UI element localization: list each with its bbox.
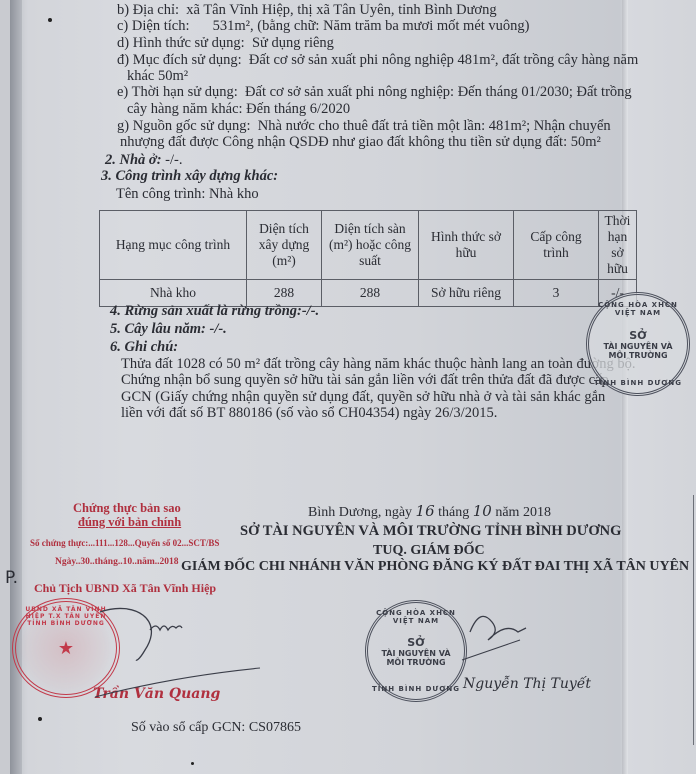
note-line-1: Thửa đất 1028 có 50 m² đất trồng cây hàn… bbox=[121, 356, 636, 373]
speck bbox=[38, 717, 42, 721]
work-name-row: Tên công trình: Nhà kho bbox=[116, 186, 259, 203]
term-value-cont: cây hàng năm khác: Đến tháng 6/2020 bbox=[127, 101, 350, 118]
cell-ownership-form: Sở hữu riêng bbox=[419, 280, 514, 307]
col-header-floor-area: Diện tích sàn (m²) hoặc công suất bbox=[322, 211, 419, 280]
signer-name: Nguyễn Thị Tuyết bbox=[463, 676, 591, 692]
usage-form-row: d) Hình thức sử dụng: Sử dụng riêng bbox=[117, 35, 334, 52]
tuq-title: TUQ. GIÁM ĐỐC bbox=[373, 542, 485, 559]
stamp-bottom-text: TỈNH BÌNH DƯƠNG bbox=[372, 685, 460, 693]
stamp-center-line-2: TÀI NGUYÊN VÀ bbox=[381, 649, 450, 658]
section-3-title: 3. Công trình xây dựng khác: bbox=[101, 168, 278, 185]
col-header-built-area: Diện tích xây dựng (m²) bbox=[247, 211, 322, 280]
date-day: 16 bbox=[416, 502, 435, 520]
note-line-3: GCN (Giấy chứng nhận quyền sử dụng đất, … bbox=[121, 389, 605, 406]
cell-grade: 3 bbox=[514, 280, 599, 307]
purpose-value-cont: khác 50m² bbox=[127, 68, 188, 85]
certification-number: Số chứng thực:...111...128...Quyển số 02… bbox=[30, 535, 219, 552]
month-label: tháng bbox=[438, 505, 469, 520]
origin-row: g) Nguồn gốc sử dụng: Nhà nước cho thuê … bbox=[117, 118, 611, 135]
col-header-category: Hạng mục công trình bbox=[100, 211, 247, 280]
registry-label: Số vào sổ cấp GCN: bbox=[131, 720, 245, 735]
registry-row: Số vào sổ cấp GCN: CS07865 bbox=[131, 719, 301, 736]
cell-floor-area: 288 bbox=[322, 280, 419, 307]
commune-stamp: UBND XÃ TÂN VĨNH HIỆP T.X TÂN UYÊN TỈNH … bbox=[12, 598, 120, 698]
col-header-ownership-form: Hình thức sở hữu bbox=[419, 211, 514, 280]
department-stamp-right: CỘNG HÒA XHCN VIỆT NAM SỞ TÀI NGUYÊN VÀ … bbox=[586, 292, 690, 396]
department-stamp-bottom: CỘNG HÒA XHCN VIỆT NAM SỞ TÀI NGUYÊN VÀ … bbox=[365, 600, 467, 702]
area-value: 531m², (bằng chữ: Năm trăm ba mươi mốt m… bbox=[213, 18, 530, 34]
commune-stamp-ring: UBND XÃ TÂN VĨNH HIỆP T.X TÂN UYÊN TỈNH … bbox=[21, 606, 111, 627]
term-label: e) Thời hạn sử dụng: bbox=[117, 84, 238, 100]
address-row: b) Địa chỉ: xã Tân Vĩnh Hiệp, thị xã Tân… bbox=[117, 2, 497, 19]
address-value: xã Tân Vĩnh Hiệp, thị xã Tân Uyên, tỉnh … bbox=[186, 2, 496, 18]
term-value: Đất cơ sở sản xuất phi nông nghiệp: Đến … bbox=[245, 84, 632, 100]
certification-signer-name: Trần Văn Quang bbox=[93, 686, 220, 702]
section-5-title: 5. Cây lâu năm: bbox=[110, 321, 206, 337]
work-name-label: Tên công trình: bbox=[116, 186, 205, 202]
stamp-center-line-3: MÔI TRƯỜNG bbox=[608, 351, 667, 360]
area-label: c) Diện tích: bbox=[117, 18, 209, 35]
term-row: e) Thời hạn sử dụng: Đất cơ sở sản xuất … bbox=[117, 84, 632, 101]
section-2-value: -/-. bbox=[165, 152, 182, 168]
place-date: Bình Dương, ngày 16 tháng 10 năm 2018 bbox=[308, 503, 551, 521]
origin-value: Nhà nước cho thuê đất trả tiền một lần: … bbox=[258, 118, 611, 134]
section-2-row: 2. Nhà ở: -/-. bbox=[105, 152, 182, 169]
speck bbox=[48, 18, 52, 22]
usage-form-value: Sử dụng riêng bbox=[252, 35, 334, 51]
certification-date: Ngày..30..tháng..10..năm..2018 bbox=[55, 554, 179, 571]
work-name-value: Nhà kho bbox=[209, 186, 259, 202]
section-6-title: 6. Ghi chú: bbox=[110, 339, 178, 356]
handwritten-p: P. bbox=[5, 570, 18, 587]
certification-signer-title: Chủ Tịch UBND Xã Tân Vĩnh Hiệp bbox=[34, 580, 216, 597]
purpose-row: đ) Mục đích sử dụng: Đất cơ sở sản xuất … bbox=[117, 52, 638, 69]
table-header-row: Hạng mục công trình Diện tích xây dựng (… bbox=[100, 211, 637, 280]
speck bbox=[191, 762, 194, 765]
section-4-title: 4. Rừng sản xuất là rừng trồng: bbox=[110, 303, 302, 319]
origin-label: g) Nguồn gốc sử dụng: bbox=[117, 118, 251, 134]
origin-value-cont: nhượng đất được Công nhận QSDĐ như giao … bbox=[120, 134, 601, 151]
usage-form-label: d) Hình thức sử dụng: bbox=[117, 35, 245, 51]
stamp-center-line-1: SỞ bbox=[407, 636, 425, 649]
area-row: c) Diện tích: 531m², (bằng chữ: Năm trăm… bbox=[117, 18, 530, 35]
star-icon: ★ bbox=[58, 638, 74, 659]
date-month: 10 bbox=[473, 502, 492, 520]
signer-position: GIÁM ĐỐC CHI NHÁNH VĂN PHÒNG ĐĂNG KÝ ĐẤT… bbox=[181, 558, 689, 575]
stamp-bottom-text: TỈNH BÌNH DƯƠNG bbox=[594, 379, 682, 387]
adjacent-page-border bbox=[693, 495, 694, 745]
section-5-value: -/-. bbox=[210, 321, 227, 337]
purpose-label: đ) Mục đích sử dụng: bbox=[117, 52, 242, 68]
registry-value: CS07865 bbox=[249, 720, 301, 735]
stamp-center-line-3: MÔI TRƯỜNG bbox=[386, 658, 445, 667]
certification-title-2: đúng với bản chính bbox=[78, 514, 181, 531]
section-4-value: -/-. bbox=[302, 303, 319, 319]
stamp-ring-text: CỘNG HÒA XHCN VIỆT NAM bbox=[368, 609, 464, 625]
note-line-2: Chứng nhận bổ sung quyền sở hữu tài sản … bbox=[121, 372, 609, 389]
address-label: b) Địa chỉ: bbox=[117, 2, 179, 18]
place-date-prefix: Bình Dương, ngày bbox=[308, 505, 412, 520]
stamp-center-line-2: TÀI NGUYÊN VÀ bbox=[603, 342, 672, 351]
department-name: SỞ TÀI NGUYÊN VÀ MÔI TRƯỜNG TỈNH BÌNH DƯ… bbox=[240, 523, 621, 540]
section-4-row: 4. Rừng sản xuất là rừng trồng:-/-. bbox=[110, 303, 319, 320]
section-5-row: 5. Cây lâu năm: -/-. bbox=[110, 321, 227, 338]
note-line-4: liền với đất số BT 880186 (số vào sổ CH0… bbox=[121, 405, 497, 422]
construction-table: Hạng mục công trình Diện tích xây dựng (… bbox=[99, 210, 637, 307]
col-header-ownership-term: Thời hạn sở hữu bbox=[599, 211, 637, 280]
purpose-value: Đất cơ sở sản xuất phi nông nghiệp 481m²… bbox=[249, 52, 638, 68]
stamp-center-line-1: SỞ bbox=[629, 329, 647, 342]
year-label: năm bbox=[495, 505, 519, 520]
col-header-grade: Cấp công trình bbox=[514, 211, 599, 280]
stamp-ring-text: CỘNG HÒA XHCN VIỆT NAM bbox=[589, 301, 687, 317]
date-year: 2018 bbox=[523, 505, 551, 520]
section-2-title: 2. Nhà ở: bbox=[105, 152, 162, 168]
